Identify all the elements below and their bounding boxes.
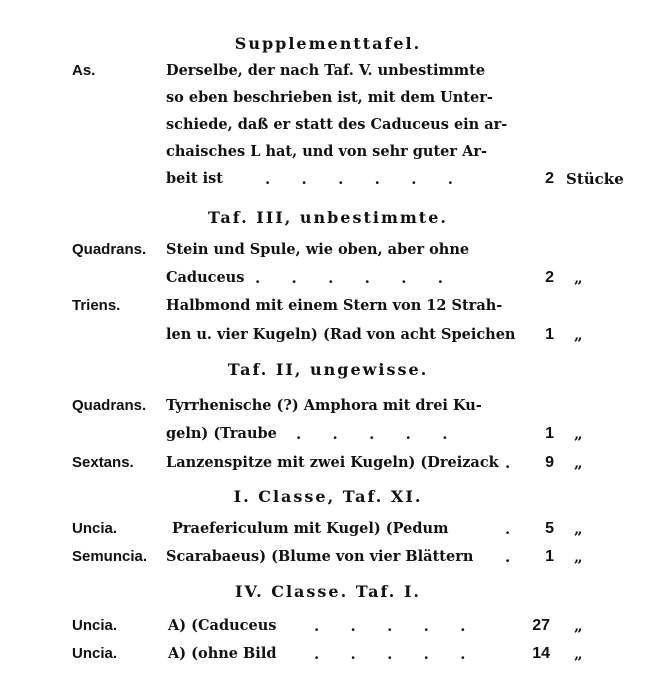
- coin-count: 9: [524, 454, 554, 472]
- denomination-label: Sextans.: [72, 454, 134, 471]
- description-line: chaisches L hat, und von sehr guter Ar-: [166, 143, 487, 160]
- denomination-label: As.: [72, 62, 95, 79]
- count-unit: „: [574, 617, 583, 635]
- entry-line: len u. vier Kugeln) (Rad von acht Speich…: [0, 326, 656, 352]
- count-unit: „: [574, 548, 583, 566]
- denomination-label: Uncia.: [72, 520, 117, 537]
- description-line: Lanzenspitze mit zwei Kugeln) (Dreizack: [166, 454, 499, 471]
- entry-line: Quadrans. Stein und Spule, wie oben, abe…: [0, 241, 656, 267]
- description-line: geln) (Traube: [166, 425, 277, 442]
- denomination-label: Uncia.: [72, 617, 117, 634]
- coin-count: 2: [524, 269, 554, 287]
- coin-count: 14: [520, 645, 550, 663]
- entry-line: Triens. Halbmond mit einem Stern von 12 …: [0, 297, 656, 323]
- entry-line: chaisches L hat, und von sehr guter Ar-: [0, 143, 656, 169]
- denomination-label: Semuncia.: [72, 548, 147, 565]
- description-line: len u. vier Kugeln) (Rad von acht Speich…: [166, 326, 515, 343]
- description-line: Derselbe, der nach Taf. V. unbestimmte: [166, 62, 485, 79]
- entry-line: Sextans. Lanzenspitze mit zwei Kugeln) (…: [0, 454, 656, 480]
- dot-leader: . . . . .: [314, 645, 465, 663]
- count-unit: „: [574, 454, 583, 472]
- entry-line: Uncia. A) (Caduceus . . . . . 27 „: [0, 617, 656, 643]
- description-line: Scarabaeus) (Blume von vier Blättern: [166, 548, 473, 565]
- count-unit: „: [574, 269, 583, 287]
- entry-line: Quadrans. Tyrrhenische (?) Amphora mit d…: [0, 397, 656, 423]
- description-line: Stein und Spule, wie oben, aber ohne: [166, 241, 469, 258]
- dot-leader: . . . . .: [296, 425, 447, 443]
- description-line: Halbmond mit einem Stern von 12 Strah-: [166, 297, 502, 314]
- description-line: Tyrrhenische (?) Amphora mit drei Ku-: [166, 397, 482, 414]
- dot-leader: .: [505, 548, 510, 566]
- description-line: A) (Caduceus: [168, 617, 276, 634]
- entry-line: schiede, daß er statt des Caduceus ein a…: [0, 116, 656, 142]
- entry-line: geln) (Traube . . . . . 1 „: [0, 425, 656, 451]
- count-unit: „: [574, 520, 583, 538]
- entry-line: Semuncia. Scarabaeus) (Blume von vier Bl…: [0, 548, 656, 574]
- description-line: Praefericulum mit Kugel) (Pedum: [172, 520, 448, 537]
- dot-leader: . . . . . .: [265, 170, 453, 188]
- section-heading: Supplementtafel.: [0, 34, 656, 53]
- count-unit: Stücke: [566, 170, 624, 188]
- dot-leader: .: [505, 520, 510, 538]
- coin-count: 1: [524, 425, 554, 443]
- section-heading: Taf. III, unbestimmte.: [0, 208, 656, 227]
- description-line: A) (ohne Bild: [168, 645, 276, 662]
- entry-line: As. Derselbe, der nach Taf. V. unbestimm…: [0, 62, 656, 88]
- denomination-label: Triens.: [72, 297, 120, 314]
- dot-leader: . . . . .: [314, 617, 465, 635]
- section-heading: I. Classe, Taf. XI.: [0, 487, 656, 506]
- coin-count: 5: [524, 520, 554, 538]
- section-heading: Taf. II, ungewisse.: [0, 360, 656, 379]
- coin-count: 1: [524, 548, 554, 566]
- dot-leader: .: [505, 454, 510, 472]
- entry-line: Uncia. Praefericulum mit Kugel) (Pedum .…: [0, 520, 656, 546]
- coin-count: 1: [524, 326, 554, 344]
- denomination-label: Quadrans.: [72, 397, 146, 414]
- dot-leader: . . . . . .: [255, 269, 443, 287]
- entry-line: Uncia. A) (ohne Bild . . . . . 14 „: [0, 645, 656, 671]
- coin-count: 2: [524, 170, 554, 188]
- description-line: Caduceus: [166, 269, 244, 286]
- coin-count: 27: [520, 617, 550, 635]
- section-heading: IV. Classe. Taf. I.: [0, 582, 656, 601]
- description-line: schiede, daß er statt des Caduceus ein a…: [166, 116, 507, 133]
- denomination-label: Uncia.: [72, 645, 117, 662]
- entry-line: beit ist . . . . . . 2 Stücke: [0, 170, 656, 196]
- count-unit: „: [574, 425, 583, 443]
- entry-line: Caduceus . . . . . . 2 „: [0, 269, 656, 295]
- entry-line: so eben beschrieben ist, mit dem Unter-: [0, 89, 656, 115]
- count-unit: „: [574, 326, 583, 344]
- description-line: beit ist: [166, 170, 223, 187]
- denomination-label: Quadrans.: [72, 241, 146, 258]
- description-line: so eben beschrieben ist, mit dem Unter-: [166, 89, 493, 106]
- count-unit: „: [574, 645, 583, 663]
- document-page: Supplementtafel. As. Derselbe, der nach …: [0, 0, 656, 678]
